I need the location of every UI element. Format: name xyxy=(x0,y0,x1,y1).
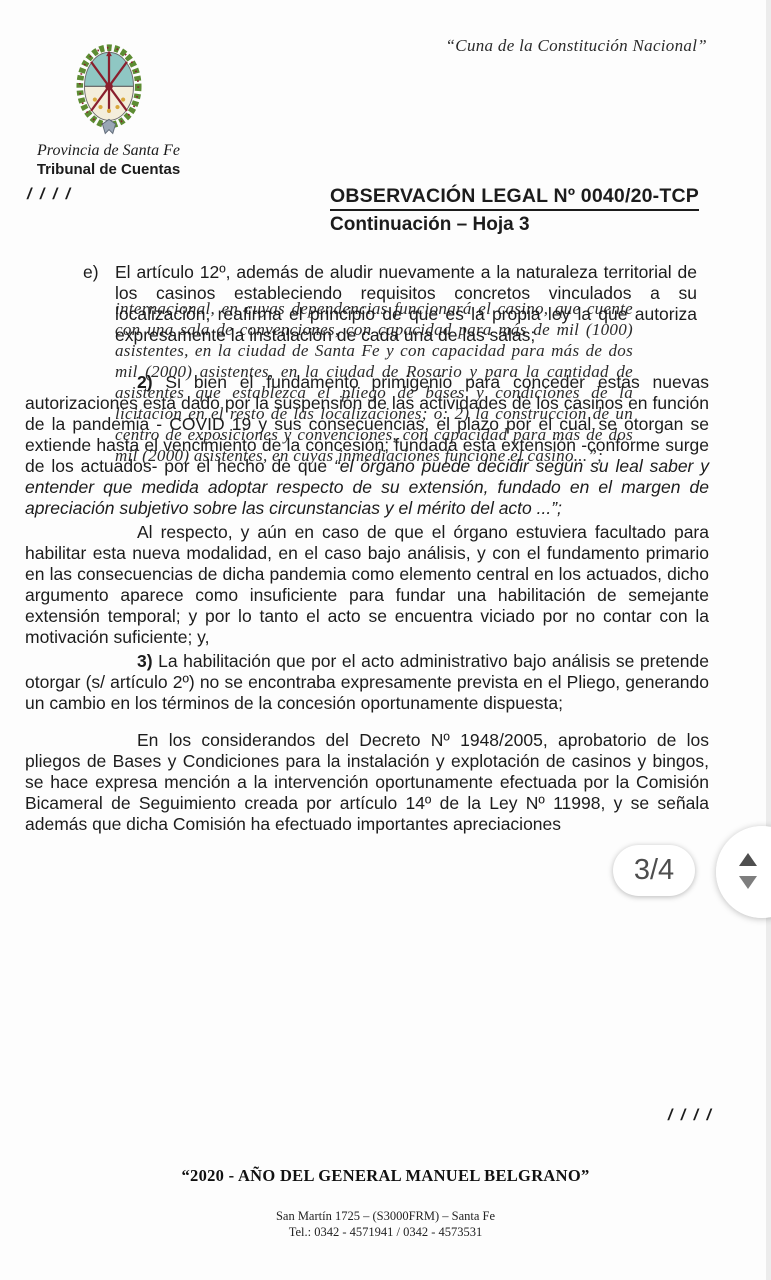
paragraph: 3) La habilitación que por el acto admin… xyxy=(25,651,709,714)
text-segment: 3) xyxy=(137,651,158,671)
footer-phone-line: Tel.: 0342 - 4571941 / 0342 - 4573531 xyxy=(0,1224,771,1240)
text-segment: En los considerandos del Decreto Nº 1948… xyxy=(25,730,709,834)
page-indicator-label: 3/4 xyxy=(634,854,674,887)
text-segment: Al respecto, y aún en caso de que el órg… xyxy=(25,522,709,647)
title-block: OBSERVACIÓN LEGAL Nº 0040/20-TCP Continu… xyxy=(330,185,710,236)
continuation-marks-top: / / / / xyxy=(27,186,72,204)
list-marker: e) xyxy=(83,262,99,283)
scroll-control[interactable] xyxy=(716,826,771,918)
down-arrow-icon[interactable] xyxy=(739,876,757,889)
santa-fe-coat-of-arms-icon xyxy=(76,44,142,140)
page-footer: “2020 - AÑO DEL GENERAL MANUEL BELGRANO”… xyxy=(0,1166,771,1240)
document-body: internacional, en cuyas dependencias fun… xyxy=(25,262,709,838)
up-arrow-icon[interactable] xyxy=(739,853,757,866)
document-title: OBSERVACIÓN LEGAL Nº 0040/20-TCP xyxy=(330,185,699,211)
text-segment: El artículo 12º, además de aludir nuevam… xyxy=(115,262,697,345)
letterhead: Provincia de Santa Fe Tribunal de Cuenta… xyxy=(36,44,181,178)
page-indicator-badge[interactable]: 3/4 xyxy=(613,845,695,896)
paragraph: Al respecto, y aún en caso de que el órg… xyxy=(25,522,709,648)
letterhead-province: Provincia de Santa Fe xyxy=(36,142,181,160)
viewer-edge-strip xyxy=(766,0,771,1280)
footer-address-line: San Martín 1725 – (S3000FRM) – Santa Fe xyxy=(0,1208,771,1224)
letterhead-office: Tribunal de Cuentas xyxy=(36,161,181,178)
document-page: “Cuna de la Constitución Nacional” Provi… xyxy=(0,0,771,1280)
footer-address: San Martín 1725 – (S3000FRM) – Santa Fe … xyxy=(0,1208,771,1240)
continuation-marks-bottom: / / / / xyxy=(668,1107,713,1125)
document-subtitle: Continuación – Hoja 3 xyxy=(330,214,710,236)
paragraph: e)El artículo 12º, además de aludir nuev… xyxy=(25,262,697,346)
header-quote: “Cuna de la Constitución Nacional” xyxy=(446,36,707,56)
text-segment: La habilitación que por el acto administ… xyxy=(25,651,709,713)
footer-motto: “2020 - AÑO DEL GENERAL MANUEL BELGRANO” xyxy=(0,1166,771,1186)
paragraph: En los considerandos del Decreto Nº 1948… xyxy=(25,730,709,835)
